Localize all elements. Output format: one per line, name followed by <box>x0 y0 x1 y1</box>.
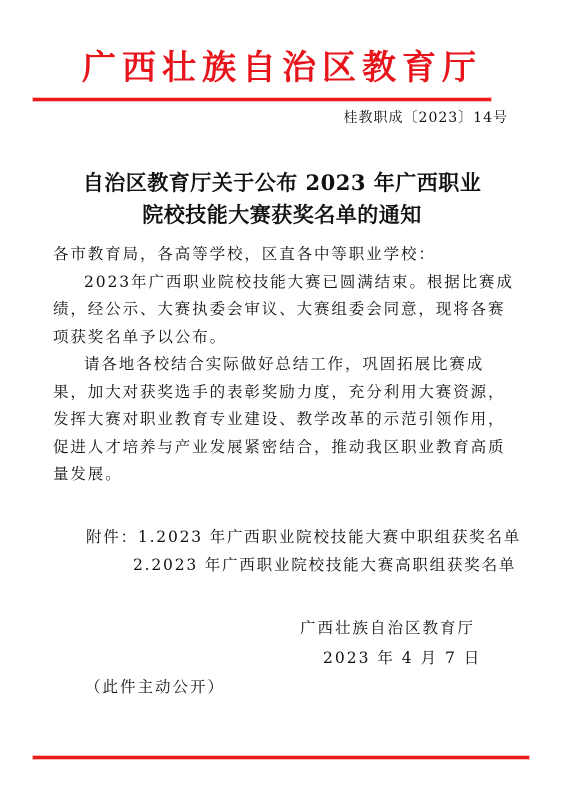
document-number: 桂教职成〔2023〕14号 <box>344 108 508 128</box>
notice-body: 各市教育局，各高等学校，区直各中等职业学校： 2023年广西职业院校技能大赛已圆… <box>53 241 515 489</box>
signature-date: 2023 年 4 月 7 日 <box>323 643 481 673</box>
notice-title-line-1: 自治区教育厅关于公布 2023 年广西职业 <box>0 168 564 198</box>
letterhead-title: 广西壮族自治区教育厅 <box>0 48 564 88</box>
attachment-item-2: 2.2023 年广西职业院校技能大赛高职组获奖名单 <box>86 551 521 579</box>
disclosure-note: （此件主动公开） <box>85 672 225 702</box>
letterhead-red-divider <box>33 98 491 101</box>
attachment-item-1-text: 1.2023 年广西职业院校技能大赛中职组获奖名单 <box>138 528 521 546</box>
attachment-label: 附件： <box>86 528 138 546</box>
attachments: 附件：1.2023 年广西职业院校技能大赛中职组获奖名单 2.2023 年广西职… <box>86 523 521 579</box>
attachment-item-1: 附件：1.2023 年广西职业院校技能大赛中职组获奖名单 <box>86 523 521 551</box>
body-paragraph-2: 请各地各校结合实际做好总结工作，巩固拓展比赛成果，加大对获奖选手的表彰奖励力度，… <box>53 351 515 489</box>
footer-red-divider <box>33 756 529 759</box>
attachment-item-2-text: 2.2023 年广西职业院校技能大赛高职组获奖名单 <box>133 556 516 574</box>
notice-title-line-2: 院校技能大赛获奖名单的通知 <box>0 200 564 230</box>
addressee: 各市教育局，各高等学校，区直各中等职业学校： <box>53 241 515 269</box>
signature-org: 广西壮族自治区教育厅 <box>300 613 475 643</box>
body-paragraph-1: 2023年广西职业院校技能大赛已圆满结束。根据比赛成绩，经公示、大赛执委会审议、… <box>53 269 515 352</box>
